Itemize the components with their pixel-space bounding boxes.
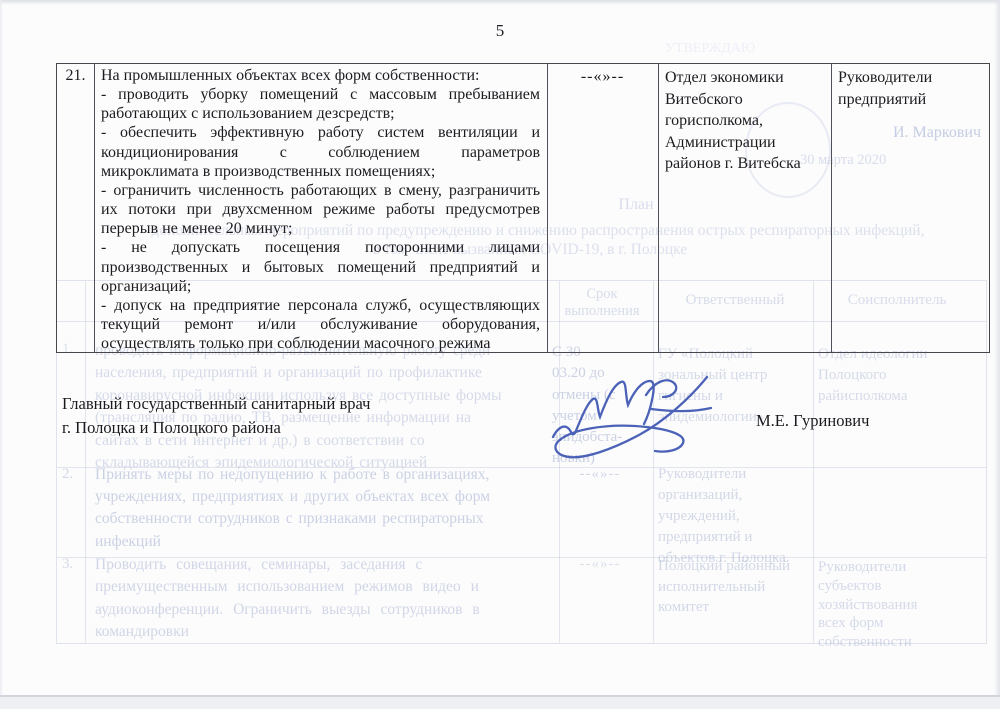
ghost-row1-coexecutor: Отдел идеологии Полоцкого райисполкома bbox=[818, 344, 970, 407]
ghost-approved-word: УТВЕРЖДАЮ bbox=[665, 41, 785, 57]
ghost-row3-number: 3. bbox=[62, 556, 73, 573]
ghost-row3-coexecutor: Руководители субъектов хозяйствования вс… bbox=[818, 558, 970, 652]
measure-line: - ограничить численность работающих в см… bbox=[101, 181, 540, 200]
signer-name: М.Е. Гуринович bbox=[756, 411, 956, 431]
measure-line: организаций; bbox=[101, 277, 540, 296]
measure-line: - обеспечить эффективную работу систем в… bbox=[101, 123, 540, 142]
measure-line: производственных и бытовых помещений пре… bbox=[101, 258, 540, 277]
ghost-row3-action: Проводить совещания, семинары, заседания… bbox=[95, 554, 547, 644]
measure-line: - допуск на предприятие персонала служб,… bbox=[101, 296, 540, 315]
scan-edge-right bbox=[994, 0, 1000, 709]
measure-line: работающих с использованием дезсредств; bbox=[101, 104, 540, 123]
ghost-row2-action: Принять меры по недопущению к работе в о… bbox=[95, 464, 547, 553]
term-cell: --«»-- bbox=[547, 64, 658, 352]
signoff-title-line2: г. Полоцка и Полоцкого района bbox=[62, 416, 482, 440]
signoff-title: Главный государственный санитарный врач … bbox=[62, 392, 482, 439]
row-number-cell: 21. bbox=[57, 64, 94, 352]
responsible-cell: Отдел экономики Витебского горисполкома,… bbox=[658, 64, 831, 352]
measure-line: кондиционирования с соблюдением параметр… bbox=[101, 143, 540, 162]
coexecutor-cell: Руководители предприятий bbox=[831, 64, 989, 352]
measures-cell: На промышленных объектах всех форм собст… bbox=[94, 64, 547, 352]
measure-line: - не допускать посещения посторонними ли… bbox=[101, 238, 540, 257]
scan-edge-left bbox=[0, 0, 3, 709]
ghost-row3-responsible: Полоцкий районный исполнительный комитет bbox=[658, 556, 810, 618]
measure-line: текущий ремонт и/или обслуживание оборуд… bbox=[101, 315, 540, 334]
measure-line: их потоки при двухсменном режиме работы … bbox=[101, 200, 540, 219]
ghost-row2-responsible: Руководители организаций, учреждений, пр… bbox=[658, 464, 810, 569]
measure-line: На промышленных объектах всех форм собст… bbox=[101, 66, 540, 85]
measure-line: осуществлять только при соблюдении масоч… bbox=[101, 334, 540, 353]
page-number: 5 bbox=[0, 21, 1000, 41]
measure-line: перерыв не менее 20 минут; bbox=[101, 219, 540, 238]
scanned-page: 5 УТВЕРЖДАЮ И. Маркович 30 марта 2020 Пл… bbox=[0, 0, 1000, 709]
measures-table: 21. На промышленных объектах всех форм с… bbox=[56, 63, 990, 353]
ghost-row3-term: --«»-- bbox=[552, 556, 648, 573]
scan-edge-bottom bbox=[0, 695, 1000, 709]
measure-line: микроклимата в производственных помещени… bbox=[101, 162, 540, 181]
scan-edge-top bbox=[0, 0, 1000, 5]
handwritten-signature bbox=[543, 371, 719, 475]
measure-line: - проводить уборку помещений с массовым … bbox=[101, 85, 540, 104]
signoff-title-line1: Главный государственный санитарный врач bbox=[62, 392, 482, 416]
ghost-row2-number: 2. bbox=[62, 466, 73, 483]
